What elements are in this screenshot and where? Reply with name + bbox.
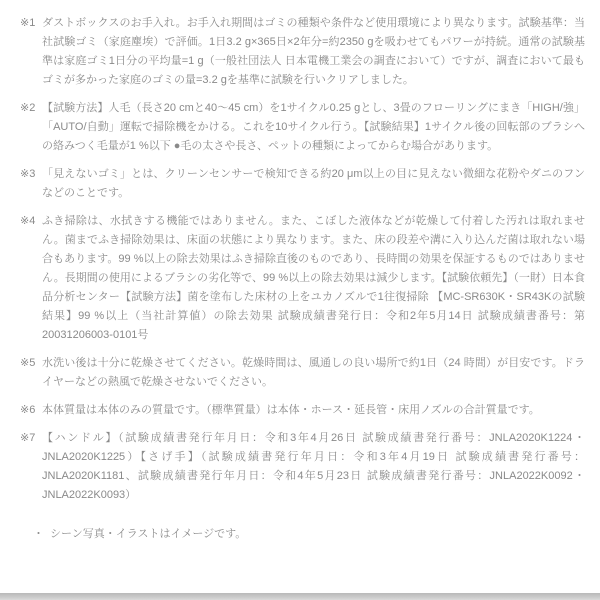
- image-disclaimer-bullet: ・ シーン写真・イラストはイメージです。: [20, 525, 585, 544]
- bullet-icon: ・: [33, 525, 44, 544]
- footnote-4: ※4 ふき掃除は、水拭きする機能ではありません。また、こぼした液体などが乾燥して…: [20, 212, 585, 345]
- footnote-1-marker: ※1: [20, 14, 37, 90]
- footnote-2-text: 【試験方法】人毛（長さ20 cmと40～45 cm）を1サイクル0.25 gとし…: [42, 99, 585, 156]
- footnote-6-marker: ※6: [20, 401, 37, 420]
- footnote-5-marker: ※5: [20, 354, 37, 392]
- footnote-6: ※6 本体質量は本体のみの質量です。（標準質量）は本体・ホース・延長管・床用ノズ…: [20, 401, 585, 420]
- footnote-3-text: 「見えないゴミ」とは、クリーンセンサーで検知できる約20 μm以上の目に見えない…: [42, 165, 585, 203]
- footnote-2-marker: ※2: [20, 99, 37, 156]
- footnote-3: ※3 「見えないゴミ」とは、クリーンセンサーで検知できる約20 μm以上の目に見…: [20, 165, 585, 203]
- footnote-3-marker: ※3: [20, 165, 37, 203]
- footnote-7-text: 【ハンドル】（試験成績書発行年月日：令和3年4月26日 試験成績書発行番号：JN…: [42, 429, 585, 505]
- footnote-6-text: 本体質量は本体のみの質量です。（標準質量）は本体・ホース・延長管・床用ノズルの合…: [42, 401, 585, 420]
- footnote-5-text: 水洗い後は十分に乾燥させてください。乾燥時間は、風通しの良い場所で約1日（24 …: [42, 354, 585, 392]
- footnote-2: ※2 【試験方法】人毛（長さ20 cmと40～45 cm）を1サイクル0.25 …: [20, 99, 585, 156]
- footnote-7-marker: ※7: [20, 429, 37, 505]
- bottom-bar: [0, 593, 600, 600]
- image-disclaimer-text: シーン写真・イラストはイメージです。: [50, 525, 246, 544]
- footnote-1: ※1 ダストボックスのお手入れ。お手入れ期間はゴミの種類や条件など使用環境により…: [20, 14, 585, 90]
- disclaimer-page: ※1 ダストボックスのお手入れ。お手入れ期間はゴミの種類や条件など使用環境により…: [0, 0, 600, 600]
- footnote-4-text: ふき掃除は、水拭きする機能ではありません。また、こぼした液体などが乾燥して付着し…: [42, 212, 585, 345]
- footnotes-section: ※1 ダストボックスのお手入れ。お手入れ期間はゴミの種類や条件など使用環境により…: [0, 0, 600, 544]
- footnote-5: ※5 水洗い後は十分に乾燥させてください。乾燥時間は、風通しの良い場所で約1日（…: [20, 354, 585, 392]
- footnote-7: ※7 【ハンドル】（試験成績書発行年月日：令和3年4月26日 試験成績書発行番号…: [20, 429, 585, 505]
- footnote-4-marker: ※4: [20, 212, 37, 345]
- footnote-1-text: ダストボックスのお手入れ。お手入れ期間はゴミの種類や条件など使用環境により異なり…: [42, 14, 585, 90]
